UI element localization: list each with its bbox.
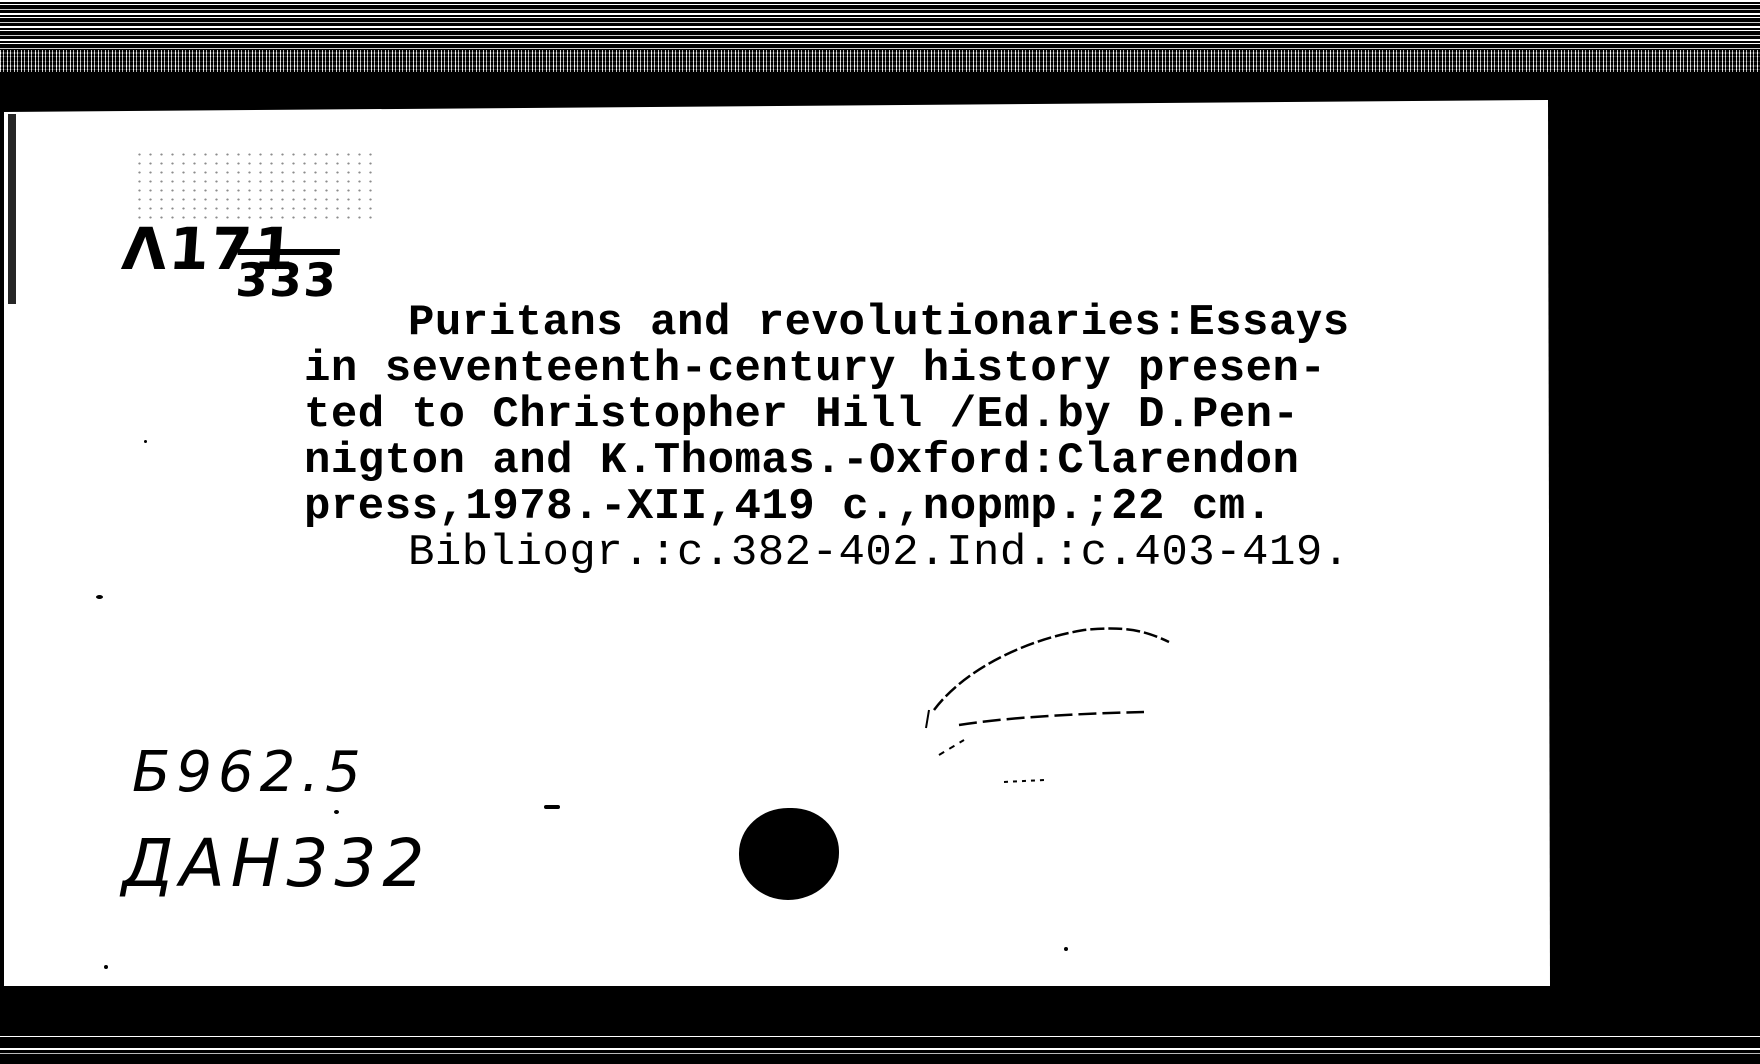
catalog-entry: Puritans and revolutionaries:Essays in s…: [304, 300, 1544, 576]
entry-line: ted to Christopher Hill /Ed.by D.Pen-: [304, 392, 1544, 438]
shelf-mark-2: ДАН332: [122, 825, 430, 902]
call-number: Λ171 333: [120, 215, 299, 283]
speck: [334, 810, 339, 814]
scan-noise-bottom: [0, 1036, 1760, 1064]
entry-line-bibliography: Bibliogr.:c.382-402.Ind.:c.403-419.: [304, 530, 1544, 576]
catalog-card: Λ171 333 Puritans and revolutionaries:Es…: [4, 100, 1550, 986]
speck: [544, 805, 560, 809]
entry-line: in seventeenth-century history presen-: [304, 346, 1544, 392]
entry-line: nigton and K.Thomas.-Oxford:Clarendon: [304, 438, 1544, 484]
scan-noise-band: [0, 50, 1760, 72]
shelf-mark-1: Б962.5: [132, 740, 367, 805]
card-edge-mark: [8, 114, 16, 304]
faded-stamp: [134, 150, 374, 220]
pencil-scribble: [884, 610, 1184, 810]
speck: [104, 965, 108, 969]
entry-line-title: Puritans and revolutionaries:Essays: [304, 300, 1544, 346]
speck: [1064, 947, 1068, 951]
scan-noise-top: [0, 0, 1760, 72]
entry-line: press,1978.-XII,419 c.,nopmp.;22 cm.: [304, 484, 1544, 530]
speck: [144, 440, 147, 443]
speck: [96, 595, 103, 599]
punch-hole: [739, 808, 839, 900]
call-number-sub: 333: [234, 249, 340, 303]
